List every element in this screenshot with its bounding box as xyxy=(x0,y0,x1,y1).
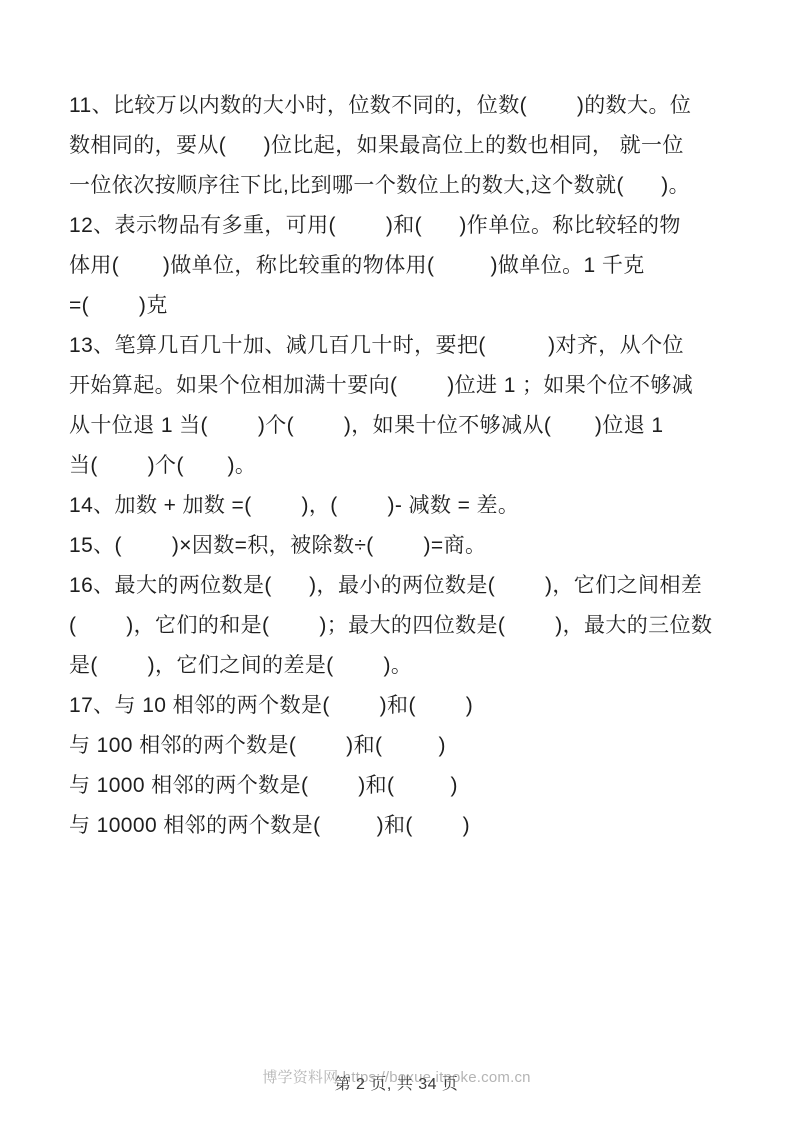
worksheet-line: 与 10000 相邻的两个数是( )和( ) xyxy=(69,806,739,846)
worksheet-line: 与 100 相邻的两个数是( )和( ) xyxy=(69,726,739,766)
worksheet-line: 14、加数 + 加数 =( )，( )- 减数 = 差。 xyxy=(69,486,739,526)
footer-page-number: 第 2 页, 共 34 页 xyxy=(335,1071,459,1094)
worksheet-line: 13、笔算几百几十加、减几百几十时，要把( )对齐，从个位 xyxy=(69,326,739,366)
document-page: 11、比较万以内数的大小时，位数不同的，位数( )的数大。位 数相同的，要从( … xyxy=(0,0,793,1122)
worksheet-line: 开始算起。如果个位相加满十要向( )位进 1 ；如果个位不够减 xyxy=(69,366,739,406)
worksheet-line: 17、与 10 相邻的两个数是( )和( ) xyxy=(69,686,739,726)
worksheet-line: =( )克 xyxy=(69,286,739,326)
worksheet-line: 数相同的，要从( )位比起，如果最高位上的数也相同， 就一位 xyxy=(69,126,739,166)
worksheet-body: 11、比较万以内数的大小时，位数不同的，位数( )的数大。位 数相同的，要从( … xyxy=(69,86,739,846)
worksheet-line: 16、最大的两位数是( )，最小的两位数是( )，它们之间相差 xyxy=(69,566,739,606)
worksheet-line: 15、( )×因数=积，被除数÷( )=商。 xyxy=(69,526,739,566)
worksheet-line: ( )，它们的和是( )；最大的四位数是( )，最大的三位数 xyxy=(69,606,739,646)
worksheet-line: 是( )，它们之间的差是( )。 xyxy=(69,646,739,686)
worksheet-line: 一位依次按顺序往下比,比到哪一个数位上的数大,这个数就( )。 xyxy=(69,166,739,206)
worksheet-line: 12、表示物品有多重，可用( )和( )作单位。称比较轻的物 xyxy=(69,206,739,246)
worksheet-line: 与 1000 相邻的两个数是( )和( ) xyxy=(69,766,739,806)
worksheet-line: 从十位退 1 当( )个( )，如果十位不够减从( )位退 1 xyxy=(69,406,739,446)
worksheet-line: 体用( )做单位，称比较重的物体用( )做单位。1 千克 xyxy=(69,246,739,286)
worksheet-line: 11、比较万以内数的大小时，位数不同的，位数( )的数大。位 xyxy=(69,86,739,126)
worksheet-line: 当( )个( )。 xyxy=(69,446,739,486)
